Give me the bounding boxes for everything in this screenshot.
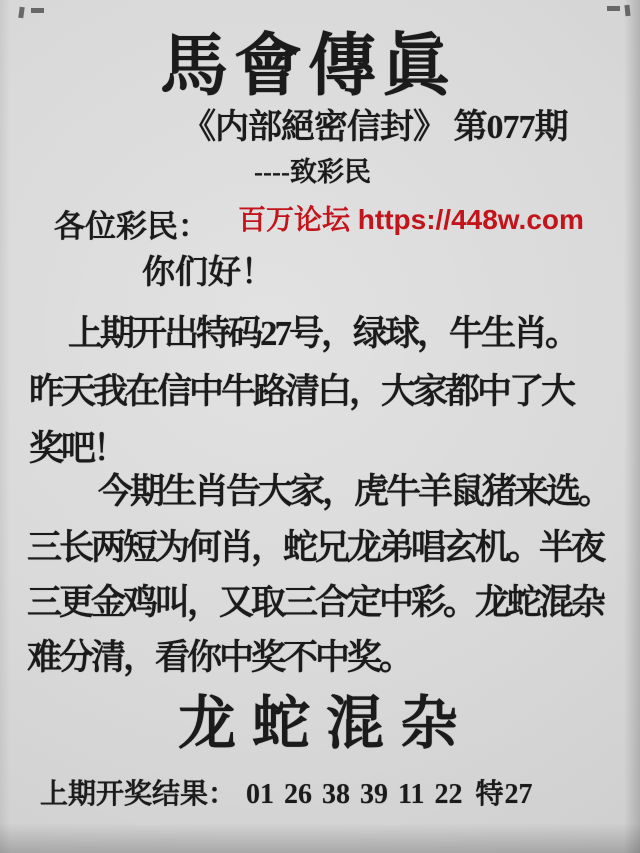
special-number-label: 特 — [475, 781, 503, 809]
result-number: 22 — [434, 781, 462, 809]
forum-watermark: 百万论坛 https://448w.com — [238, 206, 584, 234]
paragraph1-line2: 昨天我在信中牛路清白，大家都中了大 — [29, 374, 573, 409]
top-left-ink-mark-2 — [31, 8, 44, 13]
result-number: 39 — [360, 781, 388, 809]
paragraph2-line3: 三更金鸡叫，又取三合定中彩。龙蛇混杂 — [27, 585, 603, 620]
special-number: 27 — [505, 781, 533, 809]
top-right-ink-mark-2 — [624, 5, 630, 16]
issue-subtitle: 《内部絕密信封》 第077期 — [182, 111, 568, 145]
paragraph1-line1: 上期开出特码27号，绿球，牛生肖。 — [68, 316, 577, 351]
previous-draw-results: 上期开奖结果：012638391122特27 — [40, 781, 533, 809]
paragraph2-line1: 今期生肖告大家，虎牛羊鼠猪来选。 — [98, 474, 610, 509]
paragraph2-line4: 难分清，看你中奖不中奖。 — [27, 640, 411, 675]
result-number: 11 — [398, 781, 424, 809]
top-left-ink-mark — [18, 7, 24, 19]
top-right-ink-mark — [607, 6, 620, 11]
salutation: 各位彩民： — [54, 211, 209, 242]
page-title: 馬會傳眞 — [160, 32, 456, 100]
greeting: 你们好！ — [142, 257, 274, 290]
result-number: 01 — [246, 781, 274, 809]
highlight-phrase: 龙蛇混杂 — [178, 695, 474, 753]
fax-sheet-photo: 馬會傳眞 《内部絕密信封》 第077期 ----致彩民 各位彩民： 百万论坛 h… — [0, 0, 640, 853]
results-label: 上期开奖结果： — [40, 779, 236, 810]
paragraph1-line3: 奖吧！ — [29, 431, 125, 466]
result-number: 38 — [322, 781, 350, 809]
paragraph2-line2: 三长两短为何肖，蛇兄龙弟唱玄机。半夜 — [27, 530, 603, 565]
dedication-line: ----致彩民 — [254, 159, 371, 186]
result-number: 26 — [284, 781, 312, 809]
